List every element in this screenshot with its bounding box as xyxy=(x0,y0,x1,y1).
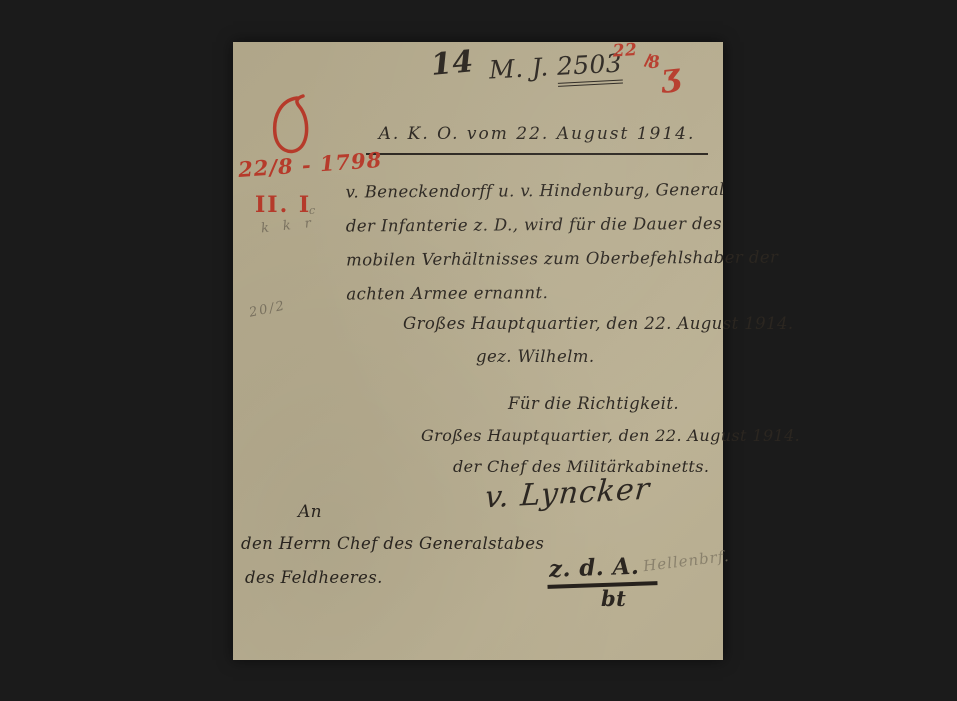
pencil-signature: Hellenbrf. xyxy=(642,547,730,575)
red-roman-numerals: II. I xyxy=(255,192,311,218)
viewer-background: 14 M. J. 2503 228 ʒ A. K. O. vom 22. Aug… xyxy=(0,0,957,701)
certification-heading: Für die Richtigkeit. xyxy=(508,394,679,413)
decree-place-date: Großes Hauptquartier, den 22. August 191… xyxy=(403,314,794,333)
pencil-margin-note: 20/2 xyxy=(248,298,288,320)
filing-initials: bt xyxy=(601,586,626,611)
certification-place-date: Großes Hauptquartier, den 22. August 191… xyxy=(421,426,800,445)
decree-line-3: mobilen Verhältnisses zum Oberbefehlshab… xyxy=(346,240,778,277)
pencil-mark-right: kr xyxy=(282,215,325,234)
red-oval-mark-icon xyxy=(267,94,317,158)
certification-role: der Chef des Militärkabinetts. xyxy=(453,457,709,476)
lyncker-signature: v. Lyncker xyxy=(484,472,652,516)
filing-mark: z. d. A. xyxy=(546,552,657,589)
decree-text: v. Beneckendorff u. v. Hindenburg, Gener… xyxy=(346,172,779,311)
red-date-numerator: 22 xyxy=(612,40,638,62)
page-number: 14 xyxy=(430,44,475,83)
pencil-mark-left: k xyxy=(260,219,283,236)
address-line-2: des Feldheeres. xyxy=(245,568,383,587)
address-salutation: An xyxy=(298,502,322,522)
red-roman-left: II. xyxy=(255,192,289,218)
address-line-1: den Herrn Chef des Generalstabes xyxy=(241,534,544,553)
registry-prefix: M. J. xyxy=(488,52,549,84)
document-page: 14 M. J. 2503 228 ʒ A. K. O. vom 22. Aug… xyxy=(233,42,723,660)
decree-line-2: der Infanterie z. D., wird für die Dauer… xyxy=(346,206,778,243)
imperial-signature-line: gez. Wilhelm. xyxy=(476,347,595,366)
red-disposal-mark: ʒ xyxy=(659,55,681,95)
decree-line-1: v. Beneckendorff u. v. Hindenburg, Gener… xyxy=(346,172,778,209)
registry-number: M. J. 2503 xyxy=(488,49,622,85)
document-title: A. K. O. vom 22. August 1914. xyxy=(366,124,708,155)
red-date-fraction: 228 xyxy=(612,42,660,65)
decree-line-4: achten Armee ernannt. xyxy=(346,274,778,311)
